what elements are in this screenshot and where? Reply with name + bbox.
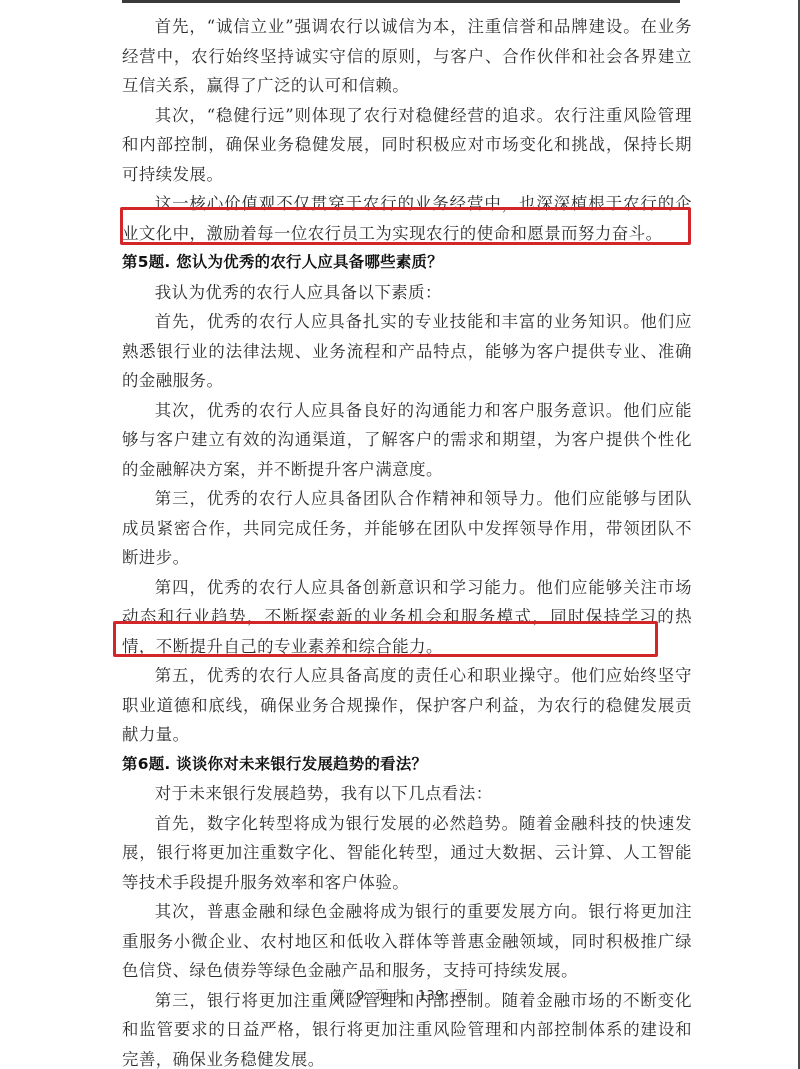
answer-paragraph: 第三，优秀的农行人应具备团队合作精神和领导力。他们应能够与团队成员紧密合作，共同… — [122, 484, 692, 573]
footer-prefix: 第 — [332, 989, 346, 1004]
answer-paragraph: 第五，优秀的农行人应具备高度的责任心和职业操守。他们应始终坚守职业道德和底线，确… — [122, 661, 692, 750]
footer-suffix: 页 — [455, 989, 469, 1004]
top-border-rule — [122, 0, 680, 3]
answer-paragraph: 其次，优秀的农行人应具备良好的沟通能力和客户服务意识。他们应能够与客户建立有效的… — [122, 396, 692, 485]
page-footer: 第 9 页 共 139 页 — [0, 985, 800, 1004]
footer-mid: 页 共 — [375, 989, 407, 1004]
answer-paragraph: 我认为优秀的农行人应具备以下素质： — [122, 278, 692, 308]
document-page: 首先，“诚信立业”强调农行以诚信为本，注重信誉和品牌建设。在业务经营中，农行始终… — [122, 12, 692, 1069]
paragraph: 首先，“诚信立业”强调农行以诚信为本，注重信誉和品牌建设。在业务经营中，农行始终… — [122, 12, 692, 101]
current-page-number: 9 — [356, 989, 365, 1004]
question-6-heading: 第6题. 谈谈你对未来银行发展趋势的看法？ — [122, 750, 692, 780]
answer-paragraph: 第四，优秀的农行人应具备创新意识和学习能力。他们应能够关注市场动态和行业趋势，不… — [122, 573, 692, 662]
question-5-heading: 第5题. 您认为优秀的农行人应具备哪些素质？ — [122, 248, 692, 278]
answer-paragraph: 其次，普惠金融和绿色金融将成为银行的重要发展方向。银行将更加注重服务小微企业、农… — [122, 897, 692, 986]
answer-paragraph: 对于未来银行发展趋势，我有以下几点看法： — [122, 779, 692, 809]
paragraph: 其次，“稳健行远”则体现了农行对稳健经营的追求。农行注重风险管理和内部控制，确保… — [122, 101, 692, 190]
total-page-count: 139 — [418, 989, 444, 1004]
answer-paragraph: 首先，数字化转型将成为银行发展的必然趋势。随着金融科技的快速发展，银行将更加注重… — [122, 809, 692, 898]
paragraph: 这一核心价值观不仅贯穿于农行的业务经营中，也深深植根于农行的企业文化中，激励着每… — [122, 189, 692, 248]
answer-paragraph: 首先，优秀的农行人应具备扎实的专业技能和丰富的业务知识。他们应熟悉银行业的法律法… — [122, 307, 692, 396]
